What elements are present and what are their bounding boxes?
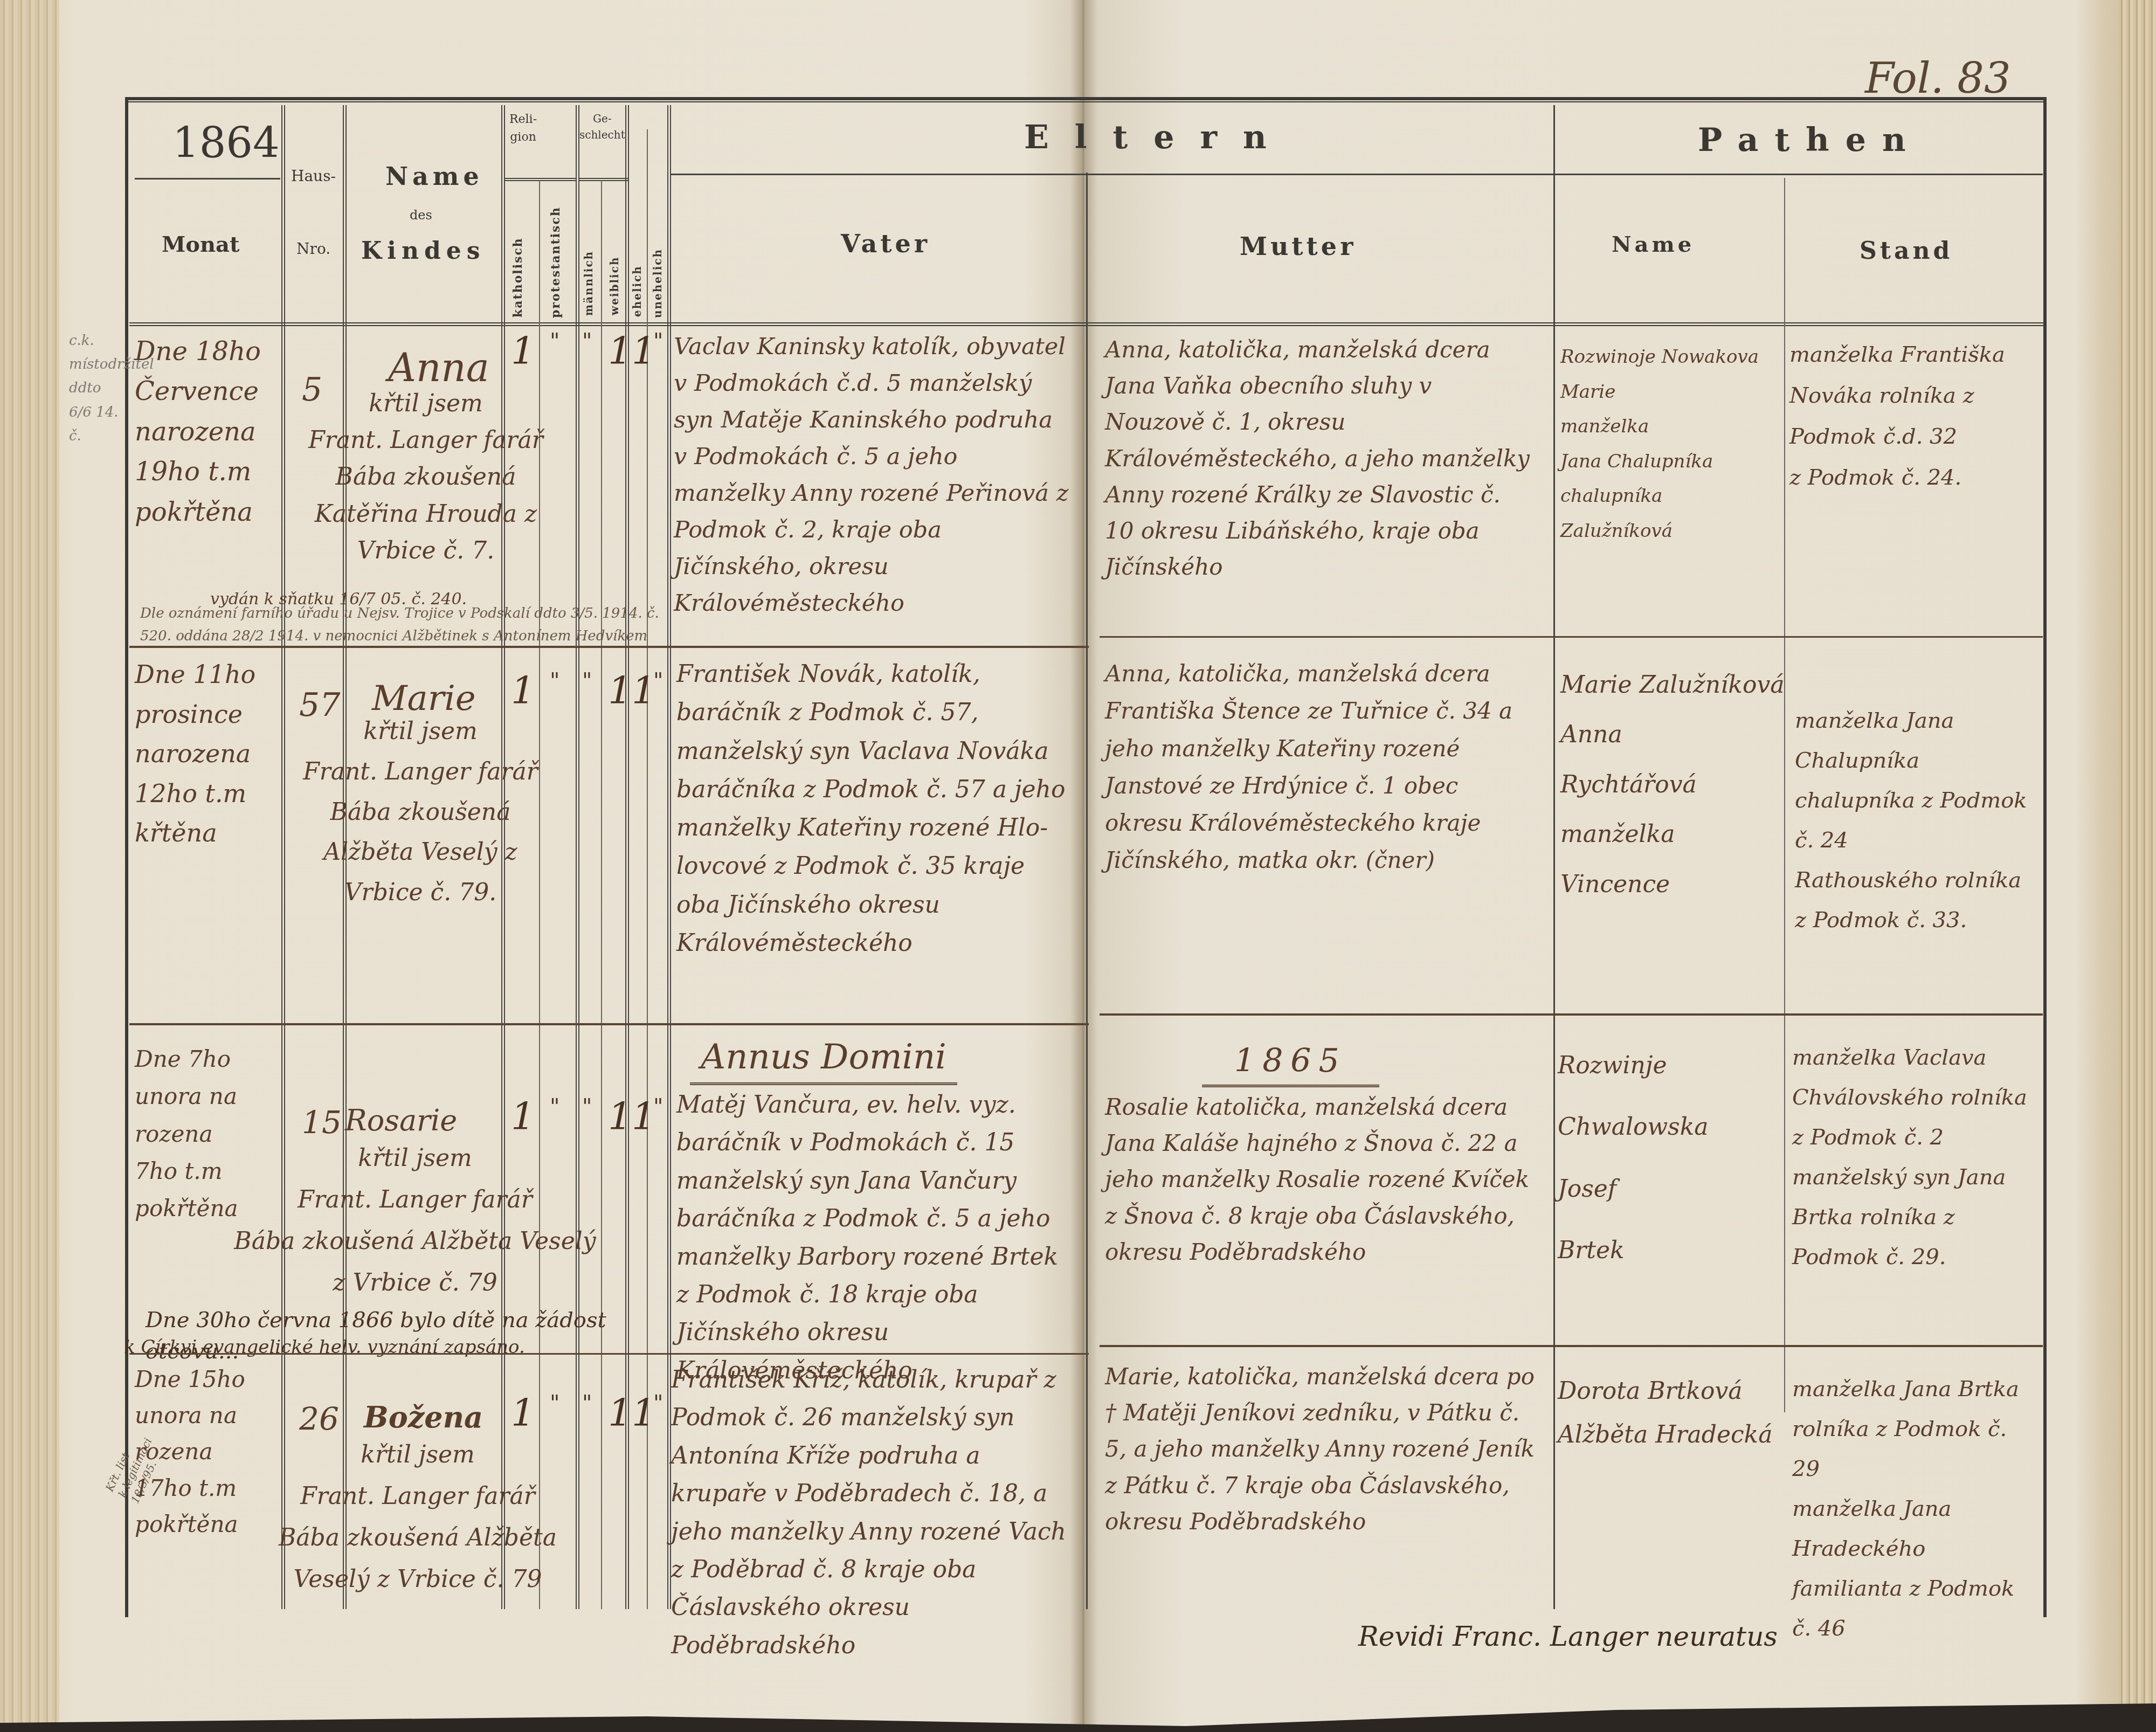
header-year: 1864: [172, 113, 280, 174]
entry-2-geschl-w: 1: [608, 668, 632, 713]
entry-1-geschl-m: ": [582, 329, 592, 354]
row-divider-3-right: [1100, 1345, 2043, 1347]
entry-3-ehelich: 1: [632, 1094, 656, 1138]
entry-3-kind-note: křtil jsem Frant. Langer farář Bába zkou…: [146, 1137, 685, 1303]
entry-1-religion-kath: 1: [511, 329, 535, 373]
top-rule: [125, 99, 2047, 102]
entry-3-geschl-m: ": [582, 1094, 592, 1119]
header-eltern-rule: [671, 174, 1593, 175]
header-geschlecht-rule: [579, 178, 628, 181]
entry-4-kind-note: křtil jsem Frant. Langer farář Bába zkou…: [162, 1434, 674, 1600]
entry-2-geschl-m: ": [582, 668, 592, 693]
row-divider-1-right: [1100, 636, 2043, 638]
header-pathen-name: Name: [1612, 232, 1695, 257]
section-title-year: 1865: [1202, 1038, 1379, 1087]
header-monat-rule: [135, 178, 280, 180]
entry-3-mutter: Rosalie katolička, manželská dcera Jana …: [1105, 1089, 1547, 1270]
header-religion-kath: katholisch: [511, 237, 525, 318]
entry-3-annotation-2: k Církvi evangelické helv. vyznání zapsá…: [124, 1334, 609, 1361]
entry-3-geschl-w: 1: [608, 1094, 632, 1138]
col-sep-vater: [1086, 172, 1088, 1609]
header-unehelich: unehelich: [651, 253, 664, 318]
entry-2-kind-note: křtil jsem Frant. Langer farář Bába zkou…: [178, 712, 663, 913]
entry-4-ehelich: 1: [632, 1391, 656, 1435]
entry-1-ehelich: 1: [632, 329, 656, 373]
header-religion-rule: [504, 178, 577, 181]
entry-1-pathen-name: Rozwinoje Nowakova Marie manželka Jana C…: [1560, 340, 1776, 549]
entry-4-geschl-w: 1: [608, 1391, 632, 1435]
entry-2-pathen-name: Marie Zalužníková Anna Rychtářová manžel…: [1560, 660, 1787, 909]
entry-3-pathen-stand: manželka Vaclava Chválovského rolníka z …: [1792, 1038, 2035, 1277]
entry-2-mutter: Anna, katolička, manželská dcera Františ…: [1105, 655, 1536, 879]
entry-4-religion-prot: ": [550, 1391, 559, 1416]
entry-1-kind-note: křtil jsem Frant. Langer farář Bába zkou…: [183, 385, 668, 569]
entry-3-kind: Rosarie: [345, 1100, 457, 1142]
page-edges-right: [2118, 0, 2156, 1732]
entry-2-religion-prot: ": [550, 668, 559, 693]
row-divider-2-right: [1100, 1013, 2043, 1016]
entry-4-religion-kath: 1: [511, 1391, 535, 1435]
col-sep-legit: [667, 105, 671, 1609]
header-religion: Reli- gion: [509, 111, 537, 146]
entry-2-religion-kath: 1: [511, 668, 535, 713]
header-religion-prot: protestantisch: [549, 216, 563, 318]
header-geschlecht: Ge- schlecht: [579, 111, 625, 143]
entry-2-ehelich: 1: [632, 668, 656, 713]
entry-1-mutter: Anna, katolička, manželská dcera Jana Va…: [1105, 332, 1536, 585]
row-divider-2: [129, 1023, 1089, 1025]
entry-2-vater: František Novák, katolík, baráčník z Pod…: [676, 655, 1075, 962]
header-pathen-rule: [1558, 174, 2043, 175]
entry-3-religion-prot: ": [550, 1094, 559, 1119]
entry-1-geschl-w: 1: [608, 329, 632, 373]
entry-4-unehelich: ": [653, 1391, 663, 1416]
entry-4-mutter: Marie, katolička, manželská dcera po † M…: [1105, 1358, 1542, 1540]
entry-3-vater: Matěj Vančura, ev. helv. vyz. baráčník v…: [676, 1086, 1075, 1390]
page-edges-left: [0, 0, 59, 1732]
entry-1-pathen-stand: manželka Františka Nováka rolníka z Podm…: [1789, 334, 2037, 498]
entry-2-unehelich: ": [653, 668, 663, 693]
header-monat: Monat: [162, 232, 239, 257]
entry-1-annotation-2: Dle oznámení farního úřadu u Nejsv. Troj…: [140, 603, 674, 647]
header-name-line1: Name: [385, 162, 483, 191]
header-ehelich: ehelich: [631, 264, 644, 318]
register-book-spread: Fol. 83 1864 Monat Haus- Nro. Name des K…: [0, 0, 2156, 1732]
header-vater: Vater: [841, 229, 930, 258]
entry-3-religion-kath: 1: [511, 1094, 535, 1138]
header-haus-bottom: Nro.: [296, 240, 330, 258]
entry-1-religion-prot: ": [550, 329, 559, 354]
entry-4-geschl-m: ": [582, 1391, 592, 1416]
header-haus-top: Haus-: [291, 167, 336, 185]
entry-1-vater: Vaclav Kaninsky katolík, obyvatel v Podm…: [674, 329, 1073, 622]
revision-signature: Revidi Franc. Langer neuratus: [1358, 1617, 1778, 1657]
header-name-line2: des: [410, 208, 432, 223]
col-sep-eltern-pathen: [1553, 105, 1555, 1609]
entry-3-unehelich: ": [653, 1094, 663, 1119]
entry-4-vater: František Kříž, katolík, krupař z Podmok…: [671, 1361, 1081, 1665]
entry-3-pathen-name: Rozwinje Chwalowska Josef Brtek: [1558, 1035, 1784, 1282]
header-geschlecht-m: männlich: [582, 248, 595, 318]
header-eltern: Eltern: [1024, 119, 1293, 156]
entry-1-unehelich: ": [653, 329, 663, 354]
row-divider-3: [129, 1353, 1089, 1355]
row-divider-1: [129, 646, 1089, 648]
entry-2-pathen-stand: manželka Jana Chalupníka chalupníka z Po…: [1795, 701, 2037, 940]
entry-4-pathen-name: Dorota Brtková Alžběta Hradecká: [1558, 1369, 1784, 1457]
entry-4-pathen-stand: manželka Jana Brtka rolníka z Podmok č. …: [1792, 1369, 2040, 1648]
header-pathen: Pathen: [1698, 121, 1922, 159]
header-pathen-stand: Stand: [1860, 237, 1953, 265]
header-geschlecht-w: weiblich: [608, 253, 621, 318]
header-name-line3: Kindes: [361, 237, 485, 265]
entry-4-kind: Božena: [364, 1396, 483, 1438]
section-title-annus-domini: Annus Domini: [690, 1032, 957, 1085]
header-mutter: Mutter: [1240, 232, 1356, 261]
